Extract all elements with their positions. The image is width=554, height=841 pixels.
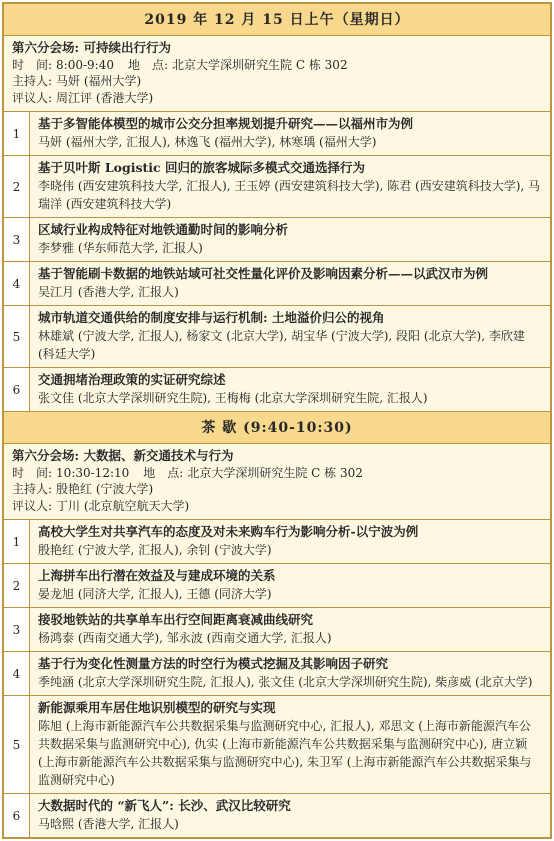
- paper-number: 2: [4, 156, 30, 217]
- paper-row: 5 新能源乘用车居住地识别模型的研究与实现 陈旭 (上海市新能源汽车公共数据采集…: [4, 695, 550, 793]
- paper-number: 3: [4, 218, 30, 261]
- paper-title: 接驳地铁站的共享单车出行空间距离衰减曲线研究: [38, 611, 542, 629]
- paper-authors: 吴江月 (香港大学, 汇报人): [38, 283, 542, 301]
- paper-authors: 马晗熙 (香港大学, 汇报人): [38, 815, 542, 833]
- discussant-label: 评议人:: [12, 91, 52, 105]
- session-1-discussant-line: 评议人:周江评 (香港大学): [12, 90, 542, 107]
- paper-title: 大数据时代的 “新飞人”: 长沙、武汉比较研究: [38, 797, 542, 815]
- paper-row: 1 高校大学生对共享汽车的态度及对未来购车行为影响分析-以宁波为例 殷艳红 (宁…: [4, 519, 550, 563]
- paper-number: 6: [4, 368, 30, 411]
- paper-row: 2 基于贝叶斯 Logistic 回归的旅客城际多模式交通选择行为 李晓伟 (西…: [4, 155, 550, 217]
- session-2-time-place: 时 间:10:30-12:10地 点:北京大学深圳研究生院 C 栋 302: [12, 465, 542, 482]
- paper-authors: 马妍 (福州大学, 汇报人), 林逸飞 (福州大学), 林寒瑀 (福州大学): [38, 133, 542, 151]
- paper-number: 3: [4, 608, 30, 651]
- session-2-place: 北京大学深圳研究生院 C 栋 302: [187, 466, 363, 480]
- paper-title: 基于贝叶斯 Logistic 回归的旅客城际多模式交通选择行为: [38, 159, 542, 177]
- tea-break-band: 茶 歇 (9:40-10:30): [4, 411, 550, 444]
- session-1-time-place: 时 间:8:00-9:40地 点:北京大学深圳研究生院 C 栋 302: [12, 57, 542, 74]
- discussant-label: 评议人:: [12, 499, 52, 513]
- paper-authors: 杨鸿泰 (西南交通大学), 邹永波 (西南交通大学, 汇报人): [38, 629, 542, 647]
- date-header: 2019 年 12 月 15 日上午（星期日）: [4, 4, 550, 36]
- paper-row: 4 基于行为变化性测量方法的时空行为模式挖掘及其影响因子研究 季纯涵 (北京大学…: [4, 651, 550, 695]
- session-2-host: 殷艳红 (宁波大学): [56, 482, 153, 496]
- paper-title: 新能源乘用车居住地识别模型的研究与实现: [38, 699, 542, 717]
- session-1-name: 第六分会场: 可持续出行行为: [12, 40, 542, 57]
- session-1-host-line: 主持人:马妍 (福州大学): [12, 73, 542, 90]
- paper-row: 2 上海拼车出行潜在效益及与建成环境的关系 晏龙旭 (同济大学, 汇报人), 王…: [4, 563, 550, 607]
- host-label: 主持人:: [12, 74, 52, 88]
- paper-authors: 张文佳 (北京大学深圳研究生院), 王梅梅 (北京大学深圳研究生院, 汇报人): [38, 389, 542, 407]
- paper-title: 基于智能刷卡数据的地铁站域可社交性量化评价及影响因素分析——以武汉市为例: [38, 265, 542, 283]
- paper-authors: 李梦雅 (华东师范大学, 汇报人): [38, 239, 542, 257]
- paper-row: 6 大数据时代的 “新飞人”: 长沙、武汉比较研究 马晗熙 (香港大学, 汇报人…: [4, 793, 550, 837]
- paper-row: 3 接驳地铁站的共享单车出行空间距离衰减曲线研究 杨鸿泰 (西南交通大学), 邹…: [4, 607, 550, 651]
- paper-authors: 晏龙旭 (同济大学, 汇报人), 王德 (同济大学): [38, 585, 542, 603]
- paper-authors: 殷艳红 (宁波大学, 汇报人), 余钊 (宁波大学): [38, 541, 542, 559]
- session-2-time: 10:30-12:10: [56, 466, 129, 480]
- paper-title: 城市轨道交通供给的制度安排与运行机制: 土地溢价归公的视角: [38, 309, 542, 327]
- paper-authors: 季纯涵 (北京大学深圳研究生院, 汇报人), 张文佳 (北京大学深圳研究生院),…: [38, 673, 542, 691]
- place-label: 地 点:: [143, 466, 183, 480]
- paper-row: 3 区域行业构成特征对地铁通勤时间的影响分析 李梦雅 (华东师范大学, 汇报人): [4, 217, 550, 261]
- session-1-host: 马妍 (福州大学): [56, 74, 141, 88]
- paper-number: 4: [4, 652, 30, 695]
- paper-title: 高校大学生对共享汽车的态度及对未来购车行为影响分析-以宁波为例: [38, 523, 542, 541]
- paper-title: 区域行业构成特征对地铁通勤时间的影响分析: [38, 221, 542, 239]
- paper-number: 2: [4, 564, 30, 607]
- session-1-place: 北京大学深圳研究生院 C 栋 302: [172, 58, 348, 72]
- paper-row: 6 交通拥堵治理政策的实证研究综述 张文佳 (北京大学深圳研究生院), 王梅梅 …: [4, 367, 550, 411]
- place-label: 地 点:: [128, 58, 168, 72]
- paper-title: 基于行为变化性测量方法的时空行为模式挖掘及其影响因子研究: [38, 655, 542, 673]
- paper-authors: 李晓伟 (西安建筑科技大学, 汇报人), 王玉婷 (西安建筑科技大学), 陈君 …: [38, 177, 542, 213]
- host-label: 主持人:: [12, 482, 52, 496]
- conference-program-table: 2019 年 12 月 15 日上午（星期日） 第六分会场: 可持续出行行为 时…: [2, 2, 552, 839]
- time-label: 时 间:: [12, 58, 52, 72]
- paper-number: 5: [4, 696, 30, 793]
- session-2-host-line: 主持人:殷艳红 (宁波大学): [12, 481, 542, 498]
- session-1-time: 8:00-9:40: [56, 58, 114, 72]
- session-1-info: 第六分会场: 可持续出行行为 时 间:8:00-9:40地 点:北京大学深圳研究…: [4, 36, 550, 111]
- paper-number: 6: [4, 794, 30, 837]
- session-2-discussant-line: 评议人:丁川 (北京航空航天大学): [12, 498, 542, 515]
- paper-number: 1: [4, 112, 30, 155]
- paper-title: 上海拼车出行潜在效益及与建成环境的关系: [38, 567, 542, 585]
- paper-authors: 陈旭 (上海市新能源汽车公共数据采集与监测研究中心, 汇报人), 邓思文 (上海…: [38, 717, 542, 789]
- paper-number: 5: [4, 306, 30, 367]
- session-2-discussant: 丁川 (北京航空航天大学): [56, 499, 189, 513]
- time-label: 时 间:: [12, 466, 52, 480]
- paper-row: 1 基于多智能体模型的城市公交分担率规划提升研究——以福州市为例 马妍 (福州大…: [4, 111, 550, 155]
- paper-title: 基于多智能体模型的城市公交分担率规划提升研究——以福州市为例: [38, 115, 542, 133]
- paper-number: 1: [4, 520, 30, 563]
- session-1-discussant: 周江评 (香港大学): [56, 91, 153, 105]
- paper-title: 交通拥堵治理政策的实证研究综述: [38, 371, 542, 389]
- paper-number: 4: [4, 262, 30, 305]
- session-2-info: 第六分会场: 大数据、新交通技术与行为 时 间:10:30-12:10地 点:北…: [4, 444, 550, 519]
- paper-row: 5 城市轨道交通供给的制度安排与运行机制: 土地溢价归公的视角 林雄斌 (宁波大…: [4, 305, 550, 367]
- session-2-name: 第六分会场: 大数据、新交通技术与行为: [12, 448, 542, 465]
- paper-authors: 林雄斌 (宁波大学, 汇报人), 杨家文 (北京大学), 胡宝华 (宁波大学),…: [38, 327, 542, 363]
- paper-row: 4 基于智能刷卡数据的地铁站域可社交性量化评价及影响因素分析——以武汉市为例 吴…: [4, 261, 550, 305]
